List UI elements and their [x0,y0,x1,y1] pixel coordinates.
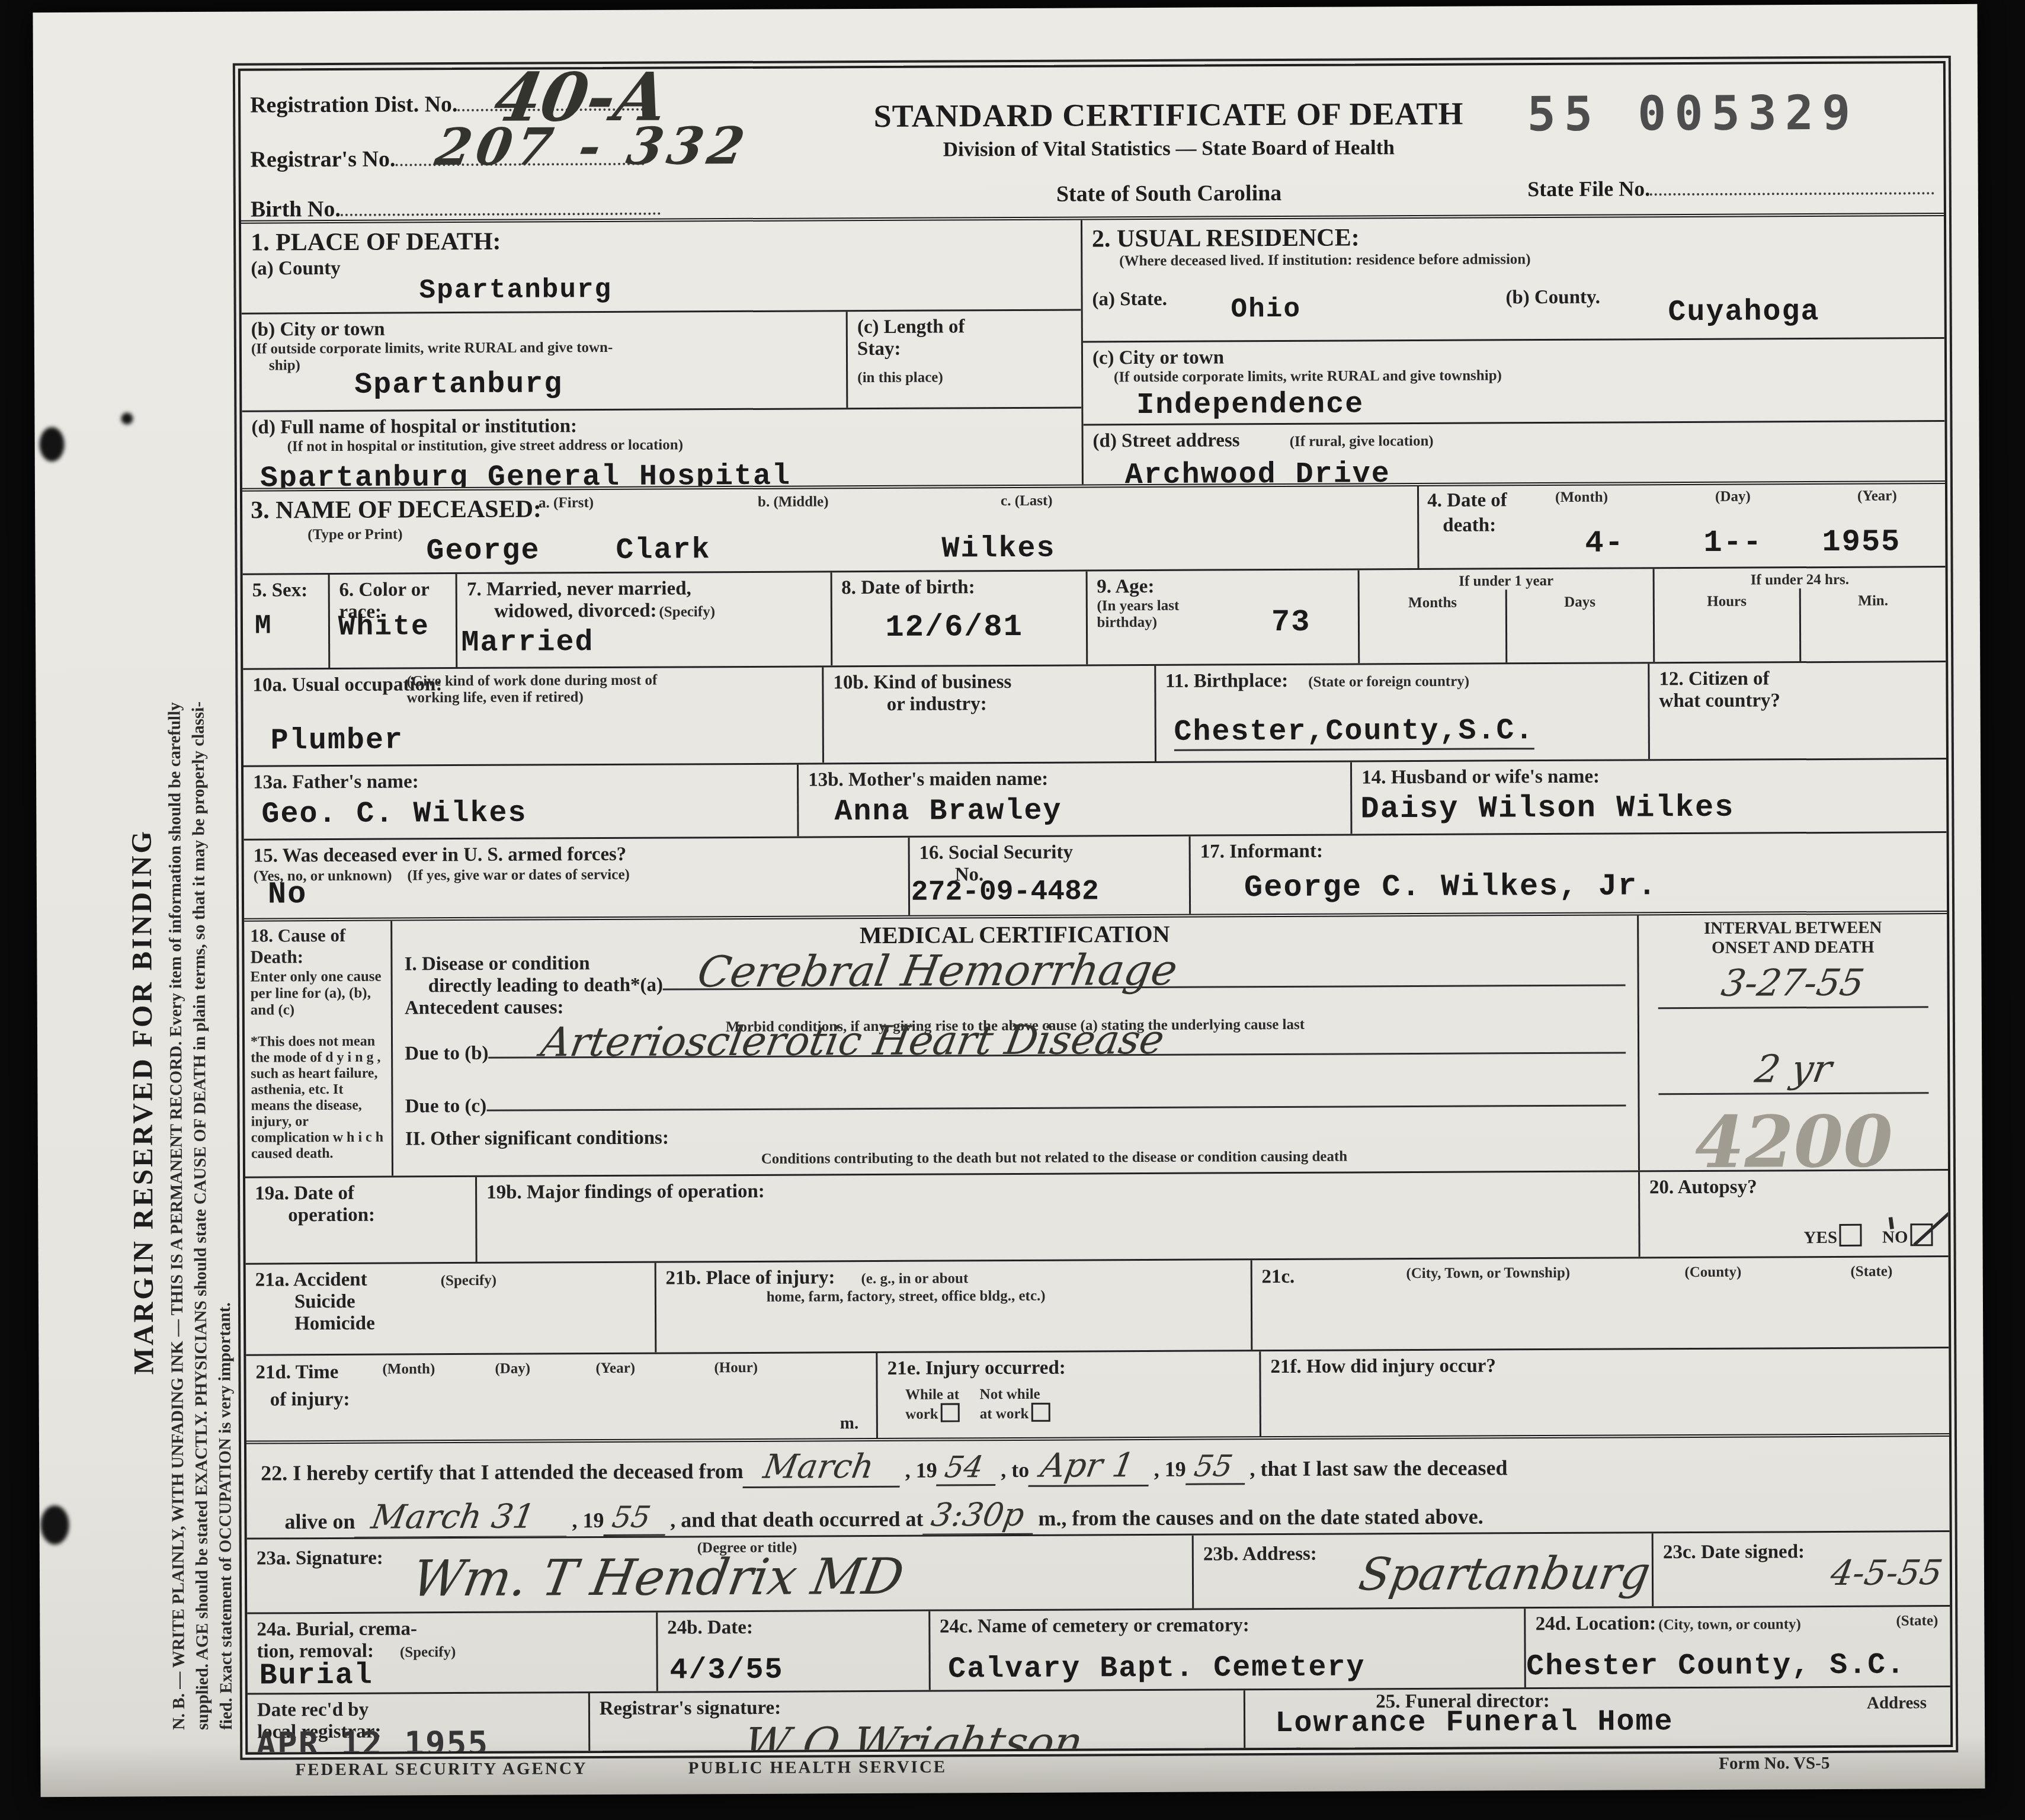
registrar-signature-cell: Registrar's signature: W O Wrightson [588,1690,1244,1751]
marital-cell: 7. Married, never married, widowed, divo… [456,572,831,667]
residence-street-label: (d) Street address [1092,430,1239,451]
header-center: STANDARD CERTIFICATE OF DEATH Division o… [819,65,1518,217]
dod-label2: death: [1443,514,1496,536]
spouse-value: Daisy Wilson Wilkes [1360,790,1734,827]
address-cell: 23b. Address: Spartanburg [1192,1533,1652,1608]
residence-state-county-row: (a) State. Ohio (b) County. Cuyahoga [1082,280,1944,341]
marital-label1: 7. Married, never married, [467,577,821,601]
state-file-line [1650,174,1934,196]
injury-month-label: (Month) [382,1361,435,1377]
dod-label1: 4. Date of [1427,489,1507,512]
citizen-cell: 12. Citizen of what country? [1648,662,1946,759]
place-stay-label1: (c) Length of [857,316,1072,339]
residence-city-label: (c) City or town [1092,344,1935,369]
scan-artifact [39,427,64,462]
scan-artifact [121,412,133,424]
certify-text7: , 19 [572,1508,604,1532]
row-injury-time: 21d. Time of injury: (Month) (Day) (Year… [246,1347,1949,1441]
medical-cert-cell: MEDICAL CERTIFICATION I. Disease or cond… [390,915,1638,1175]
certificate-subtitle: Division of Vital Statistics — State Boa… [829,135,1508,162]
father-value: Geo. C. Wilkes [261,797,527,832]
injury-m-label: m. [840,1414,859,1433]
age-note2: birthday) [1097,613,1348,631]
not-while-work-checkbox [1031,1403,1050,1422]
sex-cell: 5. Sex: M [243,575,328,668]
due-b-label: Due to (b) [405,1043,488,1065]
place-injury-note2: home, farm, factory, street, office bldg… [767,1287,1241,1305]
row-name-dod: 3. NAME OF DECEASED: (Type or Print) a. … [242,480,1946,573]
due-b-value: Arteriosclerotic Heart Disease [538,1017,1168,1066]
spouse-cell: 14. Husband or wife's name: Daisy Wilson… [1350,760,1946,834]
marital-label2: widowed, divorced: [494,600,657,622]
place-stay-label2: Stay: [857,338,1072,361]
place-stay-cell: (c) Length of Stay: (in this place) [846,310,1081,408]
marital-value: Married [461,626,594,660]
cemetery-value: Calvary Bapt. Cemetery [948,1651,1365,1686]
occupation-note: (Give kind of work done during most of w… [406,672,691,706]
disease-label1: I. Disease or condition [405,953,663,976]
under-1yr-label: If under 1 year [1360,569,1652,590]
certify-text2: , 19 [905,1459,937,1482]
certify-text6: alive on [284,1510,355,1534]
dod-day-value: 1-- [1703,525,1763,560]
certify-hw-to-year: 55 [1185,1449,1251,1485]
place-title: 1. PLACE OF DEATH: [251,225,1071,257]
father-label: 13a. Father's name: [253,770,787,794]
name-last-value: Wilkes [941,532,1055,566]
informant-label: 17. Informant: [1200,838,1937,863]
location-city-note: (City, town, or county) [1658,1616,1801,1633]
dod-month-label: (Month) [1555,489,1608,506]
residence-city-cell: (c) City or town (If outside corporate l… [1083,337,1945,424]
residence-city-value: Independence [1136,387,1364,422]
place-injury-cell: 21b. Place of injury: (e. g., in or abou… [654,1260,1251,1352]
name-first-label: a. (First) [539,495,594,511]
certify-hw-alive-date: March 31 [354,1497,573,1537]
dod-day-label: (Day) [1715,489,1751,505]
scan-artifact [40,1505,69,1545]
birthplace-note: (State or foreign country) [1308,674,1469,690]
certify-hw-to-date: Apr 1 [1028,1446,1155,1487]
injury-21c-label: 21c. [1261,1266,1295,1288]
father-cell: 13a. Father's name: Geo. C. Wilkes [243,765,797,839]
residence-title-cell: 2. USUAL RESIDENCE: (Where deceased live… [1082,216,1944,284]
margin-note-line3: fied. Exact statement of OCCUPATION is v… [215,1302,236,1730]
row-family: 13a. Father's name: Geo. C. Wilkes 13b. … [243,758,1947,839]
suicide-label: Suicide [294,1290,645,1313]
header-left: Registration Dist. No. 40-A Registrar's … [241,68,820,220]
date-signed-cell: 23c. Date signed: 4-5-55 [1652,1532,1950,1606]
not-while-label2: at work [980,1406,1029,1422]
operation-date-label2: operation: [288,1204,466,1226]
cemetery-cell: 24c. Name of cemetery or crematory: Calv… [928,1608,1524,1690]
name-middle-label: b. (Middle) [758,494,829,511]
disease-line: Cerebral Hemorrhage [663,983,1625,990]
injury-day-label: (Day) [495,1361,530,1377]
how-injury-label: 21f. How did injury occur? [1270,1353,1939,1378]
place-county-cell: 1. PLACE OF DEATH: (a) County Spartanbur… [241,220,1081,312]
certificate-title: STANDARD CERTIFICATE OF DEATH [829,95,1508,134]
mother-value: Anna Brawley [834,794,1062,829]
interval1-value: 3-27-55 [1719,961,1868,1005]
pencil-notation: 4200 [1694,1100,1893,1170]
injury-time-label2: of injury: [270,1389,350,1411]
burial-value: Burial [259,1659,373,1693]
citizen-label2: what country? [1659,689,1936,712]
footer-service: PUBLIC HEALTH SERVICE [688,1757,947,1778]
row-occupation: 10a. Usual occupation: (Give kind of wor… [243,661,1946,765]
form-header: Registration Dist. No. 40-A Registrar's … [241,63,1944,220]
dod-month-value: 4- [1585,526,1625,560]
date-received-stamp: APR 12 1955 [256,1725,489,1752]
marital-spec: (Specify) [659,604,715,620]
disease-label2: directly leading to death*(a) [428,975,663,998]
autopsy-yes-checkbox [1840,1224,1862,1247]
footer-form-no: Form No. VS-5 [1719,1754,1829,1774]
operation-findings-cell: 19b. Major findings of operation: [475,1172,1639,1262]
signature-value: Wm. T Hendrix MD [408,1547,908,1608]
row-operation: 19a. Date of operation: 19b. Major findi… [245,1169,1949,1263]
ssn-cell: 16. Social Security No. 272-09-4482 [908,837,1189,915]
business-label2: or industry: [887,693,1145,716]
injury-time-label1: 21d. Time [255,1361,338,1384]
injury-occurred-label: 21e. Injury occurred: [887,1356,1250,1380]
form-footer: FEDERAL SECURITY AGENCY PUBLIC HEALTH SE… [295,1753,1954,1780]
address-label: 23b. Address: [1203,1543,1317,1566]
age-cell: 9. Age: (In years last birthday) 73 [1085,570,1358,664]
while-at-work-checkbox [941,1403,960,1422]
row-certify: 22. I hereby certify that I attended the… [246,1433,1950,1538]
place-city-stay-row: (b) City or town (If outside corporate l… [242,309,1082,410]
other-conditions-label: II. Other significant conditions: [405,1123,1626,1150]
mother-label: 13b. Mother's maiden name: [808,767,1341,792]
days-label: Days [1505,589,1653,663]
dod-year-label: (Year) [1857,488,1897,504]
injury-time-cell: 21d. Time of injury: (Month) (Day) (Year… [246,1353,876,1441]
certificate-paper: MARGIN RESERVED FOR BINDING N. B. — WRIT… [33,4,1985,1797]
funeral-director-value1: Lowrance Funeral Home [1275,1705,1673,1741]
row-signature: 23a. Signature: Wm. T Hendrix MD (Degree… [247,1530,1950,1613]
injury-state-label: (State) [1850,1263,1892,1280]
place-injury-label: 21b. Place of injury: [665,1267,835,1289]
due-c-label: Due to (c) [405,1095,487,1118]
row-burial: 24a. Burial, crema- tion, removal: (Spec… [247,1605,1950,1693]
informant-value: George C. Wilkes, Jr. [1244,869,1658,905]
autopsy-yes-label: YES [1803,1228,1837,1247]
business-cell: 10b. Kind of business or industry: [822,666,1154,762]
burial-type-cell: 24a. Burial, crema- tion, removal: (Spec… [247,1613,656,1693]
registration-dist-label: Registration Dist. No. [250,91,458,118]
funeral-director-cell: 25. Funeral director: Address Lowrance F… [1244,1687,1950,1748]
business-label1: 10b. Kind of business [833,671,1145,694]
sex-value: M [255,610,273,641]
location-state-note: (State) [1896,1613,1938,1629]
ssn-value: 272-09-4482 [911,876,1099,908]
footer-agency: FEDERAL SECURITY AGENCY [295,1759,587,1780]
registrar-no-value: 207 - 332 [431,116,754,177]
name-title: 3. NAME OF DECEASED: [251,495,542,524]
while-at-label1: While at [905,1386,960,1403]
place-hospital-label: (d) Full name of hospital or institution… [251,414,1072,439]
burial-label1: 24a. Burial, crema- [257,1617,646,1641]
registrar-no-label: Registrar's No. [250,146,395,173]
age-value: 73 [1271,605,1311,640]
dod-cell: 4. Date of death: (Month) (Day) (Year) 4… [1417,484,1946,568]
cemetery-location-cell: 24d. Location: (City, town, or county) (… [1524,1607,1950,1687]
certify-hw-alive-year: 55 [603,1499,671,1536]
place-hospital-note: (If not in hospital or institution, give… [287,435,1072,456]
interval-cell: INTERVAL BETWEEN ONSET AND DEATH 3-27-55… [1637,914,1948,1170]
injury-hour-label: (Hour) [714,1360,758,1376]
residence-street-note: (If rural, give location) [1290,433,1434,450]
burial-date-cell: 24b. Date: 4/3/55 [656,1611,928,1691]
place-city-cell: (b) City or town (If outside corporate l… [242,312,847,410]
place-injury-note1: (e. g., in or about [861,1270,968,1287]
due-c-line [486,1104,1626,1111]
cause-of-death-cell: 18. Cause of Death: Enter only one cause… [244,921,392,1177]
usual-residence-section: 2. USUAL RESIDENCE: (Where deceased live… [1081,216,1945,484]
under-24hr-label: If under 24 hrs. [1654,568,1945,589]
row-place-residence: 1. PLACE OF DEATH: (a) County Spartanbur… [241,213,1945,488]
birth-no-line [341,195,661,216]
cemetery-label: 24c. Name of cemetery or crematory: [940,1613,1515,1638]
occupation-value: Plumber [271,723,403,758]
certify-text3: , to [1001,1458,1029,1482]
margin-binding-text: MARGIN RESERVED FOR BINDING [125,829,160,1374]
place-hospital-value: Spartanburg General Hospital [260,460,791,488]
signature-cell: 23a. Signature: Wm. T Hendrix MD (Degree… [247,1536,1193,1613]
under-24hr-group: If under 24 hrs. Hours Min. [1652,568,1946,662]
residence-state-label: (a) State. [1092,289,1167,310]
birth-no-label: Birth No. [251,196,341,220]
residence-street-cell: (d) Street address (If rural, give locat… [1083,420,1945,484]
accident-spec: (Specify) [441,1273,497,1289]
state-file-stamp: 55 005329 [1527,85,1934,142]
disease-value: Cerebral Hemorrhage [694,945,1181,997]
residence-street-value: Archwood Drive [1125,457,1390,484]
operation-date-cell: 19a. Date of operation: [245,1177,476,1263]
row-registrar: Date rec'd by local registrar: APR 12 19… [248,1686,1950,1752]
name-last-label: c. (Last) [1001,493,1053,510]
place-stay-note: (in this place) [857,369,1072,387]
certificate-form: Registration Dist. No. 40-A Registrar's … [238,61,1953,1755]
residence-note: (Where deceased lived. If institution: r… [1119,249,1934,270]
row-medical: 18. Cause of Death: Enter only one cause… [244,911,1948,1177]
hours-label: Hours [1654,588,1799,662]
place-city-value: Spartanburg [354,367,563,402]
place-of-death-section: 1. PLACE OF DEATH: (a) County Spartanbur… [241,220,1082,488]
how-injury-cell: 21f. How did injury occur? [1259,1348,1949,1436]
date-signed-label: 23c. Date signed: [1663,1541,1805,1563]
registrar-signature-label: Registrar's signature: [600,1695,1235,1720]
birthplace-value: Chester,County,S.C. [1174,714,1534,751]
residence-title: 2. USUAL RESIDENCE: [1092,221,1934,253]
injury-county-label: (County) [1684,1264,1741,1281]
dob-cell: 8. Date of birth: 12/6/81 [830,571,1086,665]
name-cell: 3. NAME OF DECEASED: (Type or Print) a. … [242,486,1418,573]
dob-value: 12/6/81 [885,610,1023,645]
funeral-director-value2: Chester, S.C. [1276,1744,1522,1748]
interval-label2: ONSET AND DEATH [1646,937,1940,958]
residence-state-value: Ohio [1231,294,1301,325]
injury-location-cell: 21c. (City, Town, or Township) (County) … [1250,1257,1949,1350]
address-value: Spartanburg [1355,1546,1652,1600]
residence-state-cell: (a) State. Ohio [1082,282,1496,341]
burial-spec: (Specify) [400,1644,456,1660]
residence-county-cell: (b) County. Cuyahoga [1496,280,1944,339]
state-file-label: State File No. [1527,176,1650,201]
name-sub: (Type or Print) [307,526,402,543]
registrar-signature-value: W O Wrightson [740,1717,1087,1751]
homicide-label: Homicide [294,1312,645,1335]
residence-county-value: Cuyahoga [1668,295,1819,329]
certify-text1: 22. I hereby certify that I attended the… [261,1459,744,1485]
cause-label: 18. Cause of Death: [250,925,385,968]
certify-text9: m., from the causes and on the date stat… [1038,1505,1483,1530]
due-b-line: Arteriosclerotic Heart Disease [488,1051,1626,1058]
operation-date-label1: 19a. Date of [255,1182,466,1205]
place-county-value: Spartanburg [419,274,612,306]
interval2-value: 2 yr [1752,1047,1835,1092]
place-city-note2: ship) [269,357,300,374]
date-received-label1: Date rec'd by [257,1698,579,1721]
place-county-label: (a) County [251,255,1071,280]
header-right: 55 005329 State File No. [1517,63,1944,214]
date-received-cell: Date rec'd by local registrar: APR 12 19… [248,1693,588,1752]
name-first-value: George [426,534,540,568]
dob-label: 8. Date of birth: [841,576,1076,600]
accident-label: 21a. Accident [255,1269,367,1291]
row-service: 15. Was deceased ever in U. S. armed for… [244,831,1947,918]
residence-city-note: (If outside corporate limits, write RURA… [1114,366,1935,386]
min-label: Min. [1799,588,1946,662]
certify-text8: , and that death occurred at [670,1507,923,1532]
interval-label1: INTERVAL BETWEEN [1646,918,1940,938]
place-city-label: (b) City or town [251,316,837,341]
certify-text5: , that I last saw the deceased [1249,1456,1507,1481]
ssn-label1: 16. Social Security [919,841,1179,864]
date-signed-value: 4-5-55 [1828,1552,1946,1593]
burial-date-value: 4/3/55 [669,1654,783,1688]
margin-note-line1: N. B. — WRITE PLAINLY, WITH UNFADING INK… [165,702,190,1730]
armed-forces-value: No [268,877,307,912]
cause-footnote: *This does not mean the mode of d y i n … [251,1034,386,1162]
accident-cell: 21a. Accident (Specify) Suicide Homicide [246,1263,655,1354]
signature-label: 23a. Signature: [257,1547,383,1570]
autopsy-cell: 20. Autopsy? YES NO [1638,1171,1949,1257]
dod-year-value: 1955 [1822,524,1901,560]
certificate-state: State of South Carolina [829,179,1509,208]
race-cell: 6. Color or race: White [328,574,456,668]
funeral-address-label: Address [1867,1693,1927,1713]
birthplace-cell: 11. Birthplace: (State or foreign countr… [1154,664,1648,761]
row-injury-type: 21a. Accident (Specify) Suicide Homicide… [246,1255,1949,1354]
mother-cell: 13b. Mother's maiden name: Anna Brawley [797,762,1351,836]
autopsy-label: 20. Autopsy? [1649,1175,1939,1199]
not-while-label1: Not while [980,1386,1050,1404]
armed-forces-note2: (If yes, give war or dates of service) [407,867,629,885]
place-hospital-cell: (d) Full name of hospital or institution… [242,406,1081,488]
informant-cell: 17. Informant: George C. Wilkes, Jr. [1189,833,1947,914]
injury-year-label: (Year) [595,1360,635,1377]
under-1yr-group: If under 1 year Months Days [1358,569,1653,663]
race-value: White [338,611,430,643]
name-middle-value: Clark [616,533,710,568]
place-city-note1: (If outside corporate limits, write RURA… [251,338,837,357]
birthplace-label: 11. Birthplace: [1165,670,1288,692]
cemetery-location-value: Chester County, S.C. [1526,1648,1905,1684]
age-note1: (In years last [1097,597,1348,614]
margin-note-line2: supplied. AGE should be stated EXACTLY. … [189,701,213,1730]
burial-date-label: 24b. Date: [667,1616,919,1639]
sex-label: 5. Sex: [252,579,319,601]
injury-occurred-cell: 21e. Injury occurred: While at work Not … [876,1351,1260,1438]
residence-county-label: (b) County. [1505,287,1600,309]
degree-title-label: (Degree or title) [697,1540,797,1557]
certify-hw-time: 3:30p [922,1496,1039,1536]
age-label: 9. Age: [1097,575,1348,598]
months-label: Months [1360,589,1505,663]
row-vitals: 5. Sex: M 6. Color or race: White 7. Mar… [243,566,1946,668]
operation-findings-label: 19b. Major findings of operation: [486,1177,1629,1203]
armed-forces-cell: 15. Was deceased ever in U. S. armed for… [244,838,908,918]
cause-note: Enter only one cause per line for (a), (… [250,969,385,1019]
certify-hw-from-month: March [742,1447,906,1488]
location-label: 24d. Location: [1536,1613,1656,1635]
occupation-cell: 10a. Usual occupation: (Give kind of wor… [243,667,822,765]
citizen-label1: 12. Citizen of [1659,667,1936,690]
while-at-label2: work [905,1406,938,1422]
certify-hw-from-year: 54 [936,1450,1001,1486]
spouse-label: 14. Husband or wife's name: [1361,764,1937,789]
armed-forces-label: 15. Was deceased ever in U. S. armed for… [254,842,899,867]
certify-text4: , 19 [1154,1457,1186,1481]
scanned-document: MARGIN RESERVED FOR BINDING N. B. — WRIT… [0,0,2025,1820]
injury-city-label: (City, Town, or Township) [1406,1265,1570,1282]
